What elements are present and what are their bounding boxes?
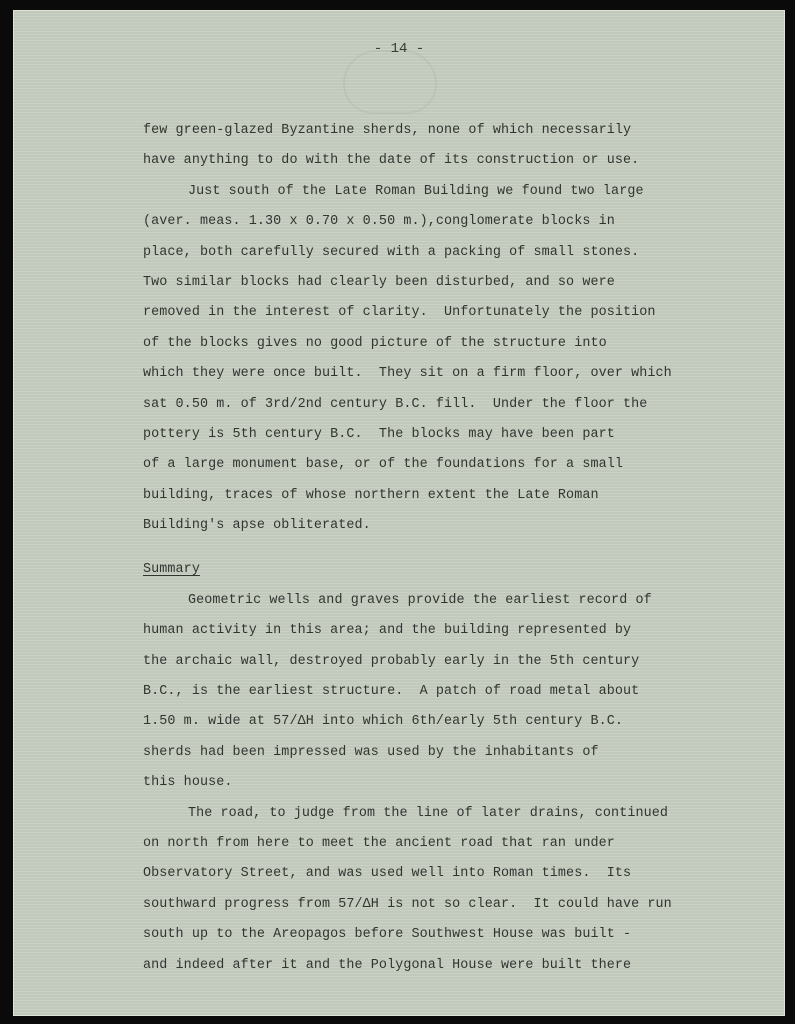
text-line: on north from here to meet the ancient r… xyxy=(143,829,763,859)
watermark-emblem xyxy=(343,50,437,114)
text-line: few green-glazed Byzantine sherds, none … xyxy=(143,116,763,146)
text-line: B.C., is the earliest structure. A patch… xyxy=(143,677,763,707)
text-line: human activity in this area; and the bui… xyxy=(143,616,763,646)
text-line: sat 0.50 m. of 3rd/2nd century B.C. fill… xyxy=(143,390,763,420)
paragraph-4: The road, to judge from the line of late… xyxy=(143,799,763,981)
text-line: removed in the interest of clarity. Unfo… xyxy=(143,298,763,328)
text-line: and indeed after it and the Polygonal Ho… xyxy=(143,951,763,981)
text-line: south up to the Areopagos before Southwe… xyxy=(143,920,763,950)
text-line: of a large monument base, or of the foun… xyxy=(143,450,763,480)
text-line: the archaic wall, destroyed probably ear… xyxy=(143,647,763,677)
page-number: - 14 - xyxy=(13,41,785,57)
summary-heading-text: Summary xyxy=(143,562,200,577)
text-line: Just south of the Late Roman Building we… xyxy=(143,177,763,207)
text-line: sherds had been impressed was used by th… xyxy=(143,738,763,768)
text-line: place, both carefully secured with a pac… xyxy=(143,238,763,268)
section-heading-summary: Summary xyxy=(143,555,763,585)
text-line: Geometric wells and graves provide the e… xyxy=(143,586,763,616)
text-line: Building's apse obliterated. xyxy=(143,511,763,541)
text-line: building, traces of whose northern exten… xyxy=(143,481,763,511)
text-line: pottery is 5th century B.C. The blocks m… xyxy=(143,420,763,450)
text-line: this house. xyxy=(143,768,763,798)
text-line: Two similar blocks had clearly been dist… xyxy=(143,268,763,298)
paragraph-2: Just south of the Late Roman Building we… xyxy=(143,177,763,542)
text-line: of the blocks gives no good picture of t… xyxy=(143,329,763,359)
text-line: which they were once built. They sit on … xyxy=(143,359,763,389)
document-page: - 14 - few green-glazed Byzantine sherds… xyxy=(13,10,785,1016)
text-line: (aver. meas. 1.30 x 0.70 x 0.50 m.),cong… xyxy=(143,207,763,237)
text-line: The road, to judge from the line of late… xyxy=(143,799,763,829)
paragraph-1: few green-glazed Byzantine sherds, none … xyxy=(143,116,763,177)
text-line: 1.50 m. wide at 57/ΔH into which 6th/ear… xyxy=(143,707,763,737)
text-line: southward progress from 57/ΔH is not so … xyxy=(143,890,763,920)
text-line: have anything to do with the date of its… xyxy=(143,146,763,176)
paragraph-3: Geometric wells and graves provide the e… xyxy=(143,586,763,799)
text-line: Observatory Street, and was used well in… xyxy=(143,859,763,889)
document-body: few green-glazed Byzantine sherds, none … xyxy=(143,116,763,981)
